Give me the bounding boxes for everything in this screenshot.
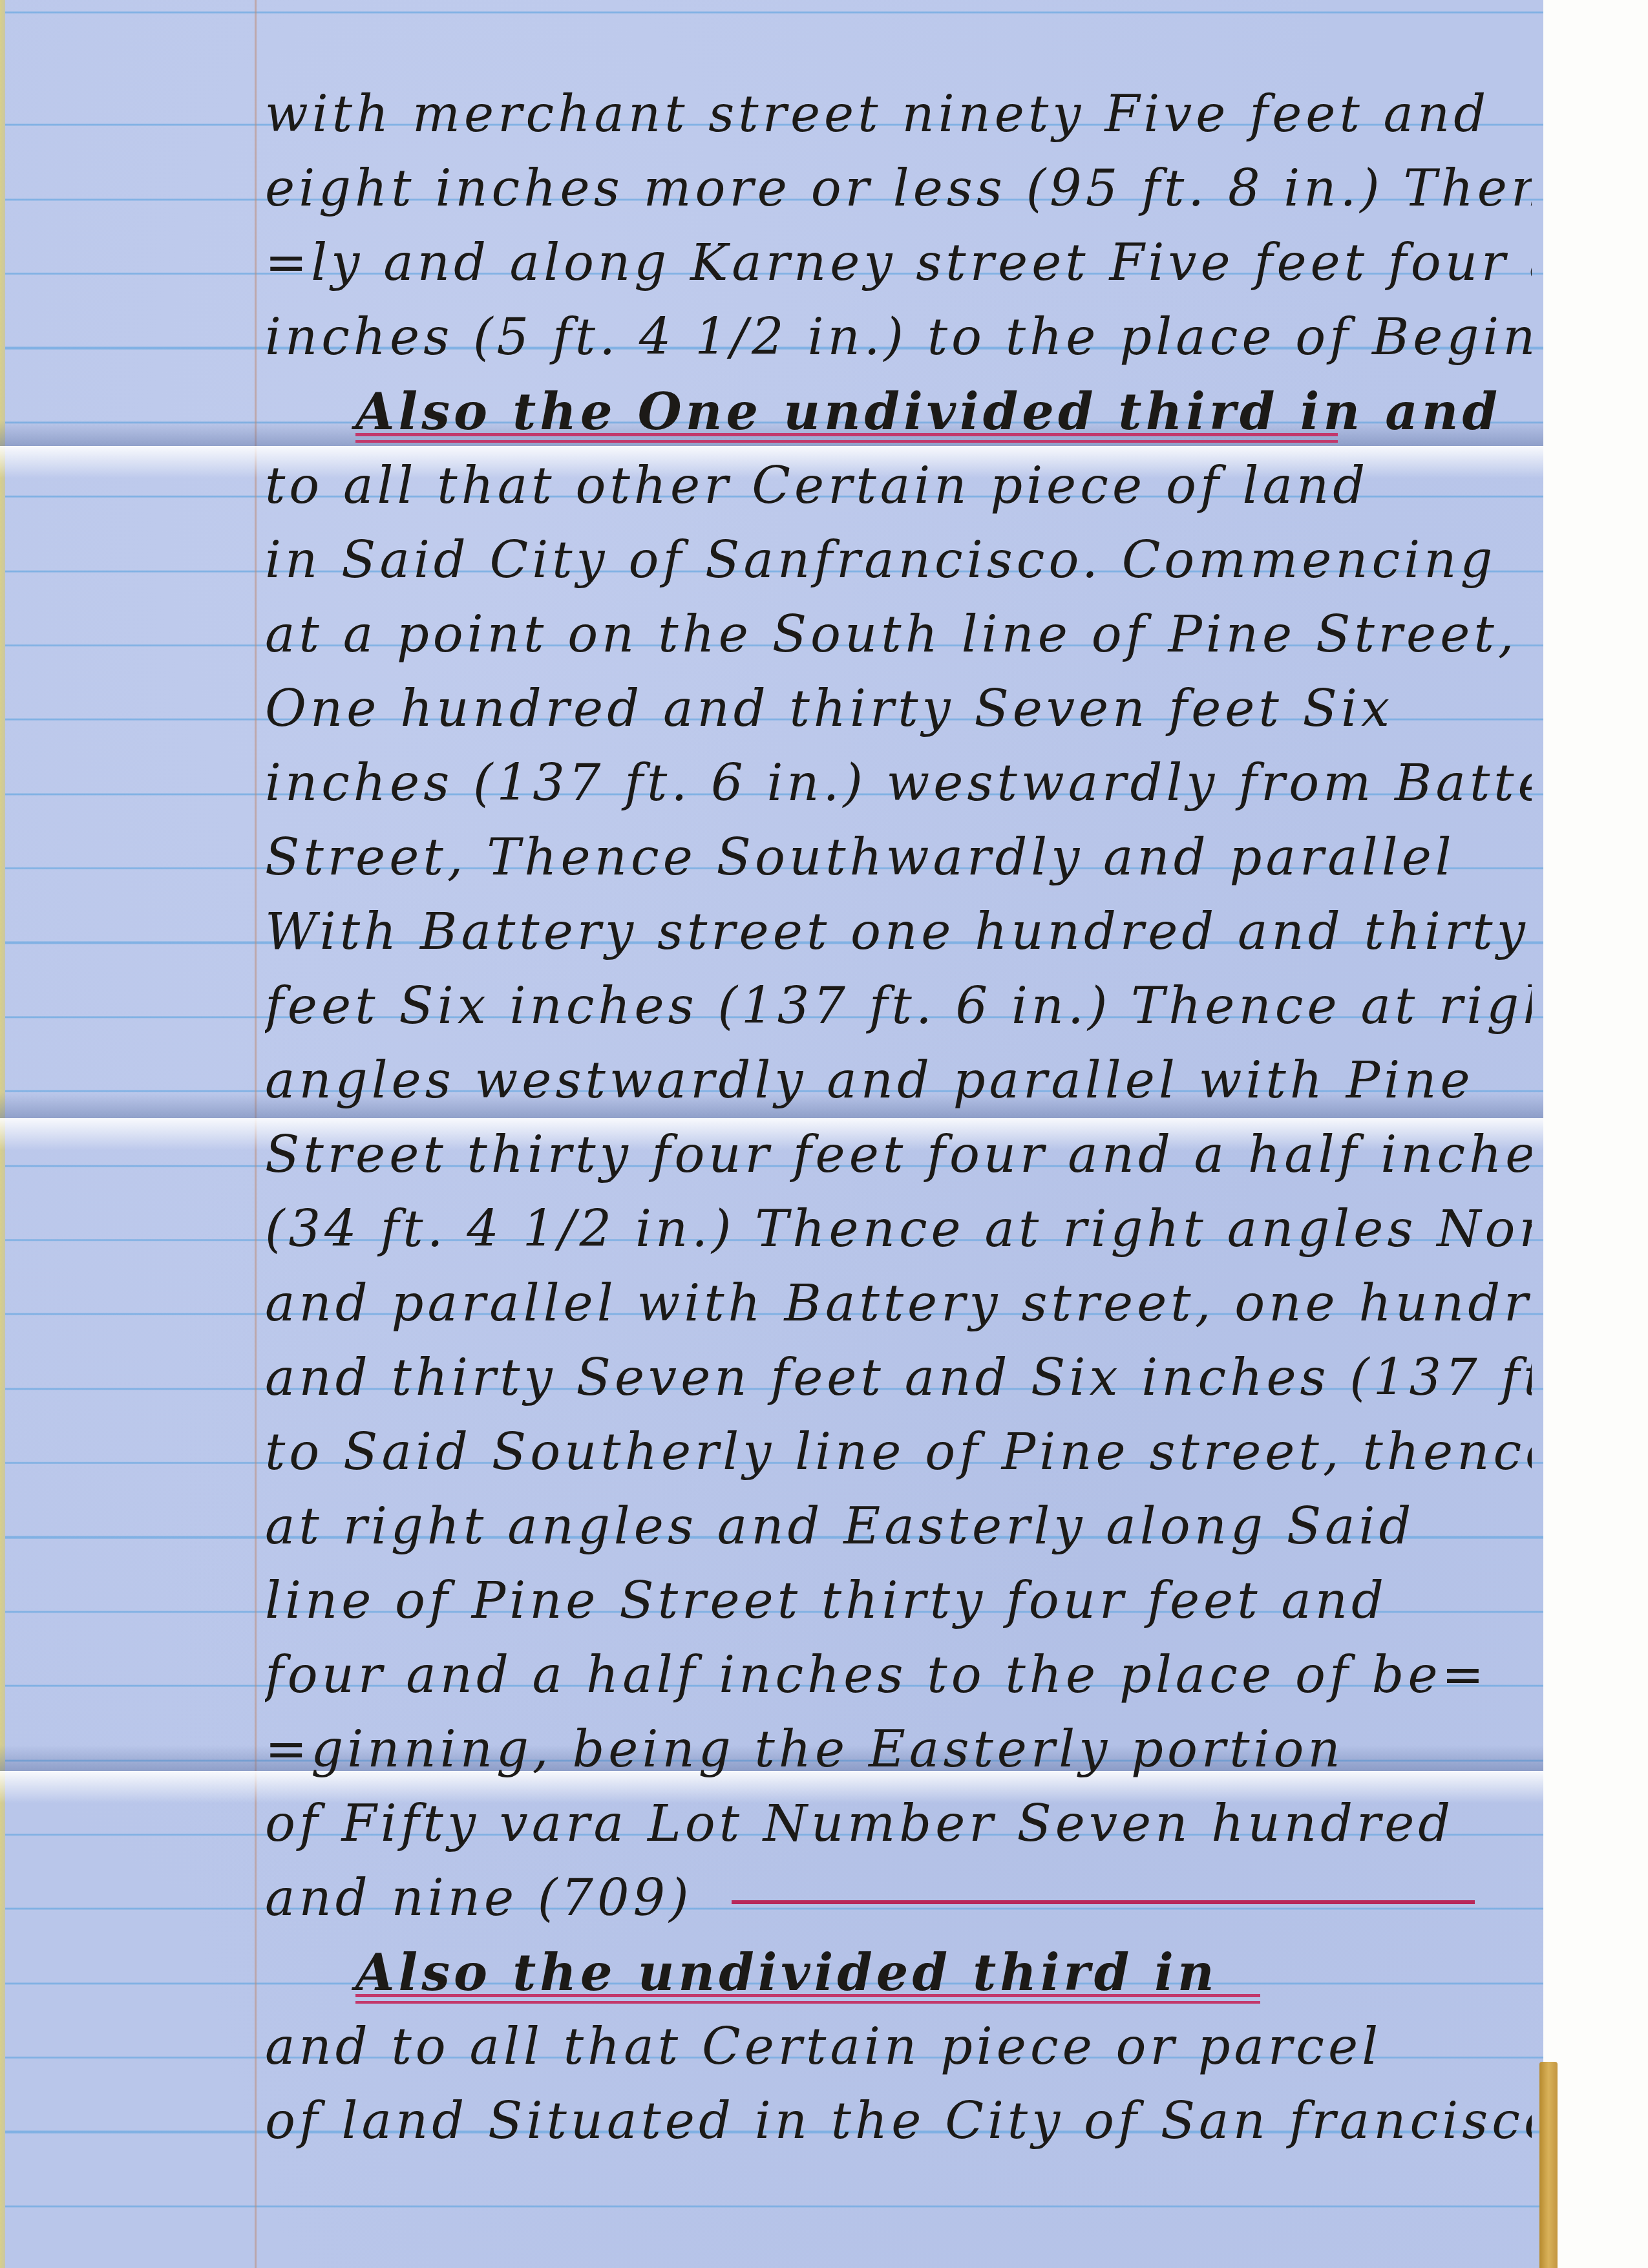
text-line: =ly and along Karney street Five feet fo…: [265, 226, 1532, 301]
text-line: inches (137 ft. 6 in.) westwardly from B…: [265, 747, 1532, 821]
text-line-emphasized: Also the undivided third in: [265, 1936, 1532, 2010]
text-line: at right angles and Easterly along Said: [265, 1490, 1532, 1564]
red-double-underline: [355, 433, 1338, 443]
text-line: inches (5 ft. 4 1/2 in.) to the place of…: [265, 301, 1532, 375]
text-line: =ginning, being the Easterly portion: [265, 1713, 1532, 1787]
text-line: feet Six inches (137 ft. 6 in.) Thence a…: [265, 970, 1532, 1044]
text-line: eight inches more or less (95 ft. 8 in.)…: [265, 152, 1532, 226]
text-line: in Said City of Sanfrancisco. Commencing: [265, 524, 1532, 598]
text-line: and nine (709): [265, 1869, 693, 1927]
text-line: One hundred and thirty Seven feet Six: [265, 672, 1532, 747]
red-line-filler: [732, 1900, 1475, 1904]
text-line: Street, Thence Southwardly and parallel: [265, 821, 1532, 895]
text-line-emphasized: Also the One undivided third in and: [265, 375, 1532, 449]
text-line: (34 ft. 4 1/2 in.) Thence at right angle…: [265, 1192, 1532, 1267]
text-line: to all that other Certain piece of land: [265, 449, 1532, 524]
document-page: with merchant street ninety Five feet an…: [0, 0, 1543, 2268]
text-line: of land Situated in the City of San fran…: [265, 2084, 1532, 2159]
text-line: to Said Southerly line of Pine street, t…: [265, 1415, 1532, 1490]
underlying-page-edge: [1539, 2062, 1558, 2268]
text-line: with merchant street ninety Five feet an…: [265, 78, 1532, 152]
text-line: line of Pine Street thirty four feet and: [265, 1564, 1532, 1638]
text-line: With Battery street one hundred and thir…: [265, 895, 1532, 970]
text-line: four and a half inches to the place of b…: [265, 1638, 1532, 1713]
text-line-with-rule: and nine (709): [265, 1861, 1532, 1936]
text-line: angles westwardly and parallel with Pine: [265, 1044, 1532, 1118]
text-line: Street thirty four feet four and a half …: [265, 1118, 1532, 1192]
text-line: and thirty Seven feet and Six inches (13…: [265, 1341, 1532, 1415]
text-line: and parallel with Battery street, one hu…: [265, 1267, 1532, 1341]
text-line: of Fifty vara Lot Number Seven hundred: [265, 1787, 1532, 1861]
red-double-underline: [355, 1994, 1260, 2004]
text-line: at a point on the South line of Pine Str…: [265, 598, 1532, 672]
text-line: and to all that Certain piece or parcel: [265, 2010, 1532, 2084]
